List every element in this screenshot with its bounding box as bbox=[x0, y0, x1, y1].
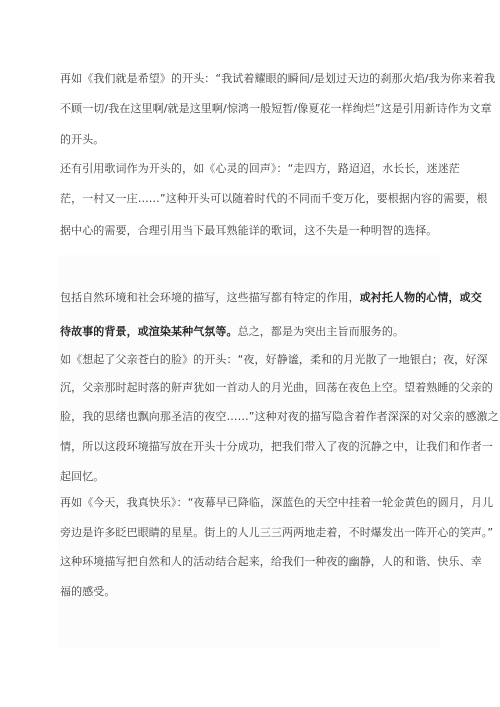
paragraph-line: 起回忆。 bbox=[60, 470, 460, 484]
paragraph-line: 据中心的需要，合理引用当下最耳熟能详的歌词，这不失是一种明智的选择。 bbox=[60, 224, 460, 238]
paragraph-line: 旁边是许多眨巴眼睛的星星。街上的人儿三三两两地走着，不时爆发出一阵开心的笑声。” bbox=[60, 526, 460, 540]
paragraph-line: 茫，一村又一庄……”这种开头可以随着时代的不同而千变万化，要根据内容的需要，根 bbox=[60, 192, 460, 206]
paragraph-line: 情，所以这段环境描写放在开头十分成功，把我们带入了夜的沉静之中，让我们和作者一 bbox=[60, 440, 460, 454]
paragraph-line: 的开头。 bbox=[60, 133, 460, 147]
paragraph-line: 不顾一切/我在这里啊/就是这里啊/惊鸿一般短暂/像夏花一样绚烂”这是引用新诗作为… bbox=[60, 102, 460, 116]
paragraph-line: 脸，我的思绪也飘向那圣洁的夜空……”这种对夜的描写隐含着作者深深的对父亲的感激之 bbox=[60, 410, 460, 424]
paragraph-line: 待故事的背景，或渲染某种气氛等。总之，都是为突出主旨而服务的。 bbox=[60, 325, 460, 339]
normal-text: 包括自然环境和社会环境的描写，这些描写都有特定的作用， bbox=[60, 291, 360, 304]
paragraph-line: 再如《我们就是希望》的开头：“我试着耀眼的瞬间/是划过天边的刹那火焰/我为你来着… bbox=[60, 72, 460, 86]
document-page: 再如《我们就是希望》的开头：“我试着耀眼的瞬间/是划过天边的刹那火焰/我为你来着… bbox=[0, 0, 500, 707]
paragraph-line: 这种环境描写把自然和人的活动结合起来，给我们一种夜的幽静，人的和谐、快乐、幸 bbox=[60, 555, 460, 569]
paragraph-line: 如《想起了父亲苍白的脸》的开头：“夜，好静谧，柔和的月光散了一地银白；夜，好深 bbox=[60, 353, 460, 367]
paragraph-line: 福的感受。 bbox=[60, 585, 460, 599]
paragraph-line: 包括自然环境和社会环境的描写，这些描写都有特定的作用，或衬托人物的心情，或交 bbox=[60, 291, 460, 305]
emphasized-text: 或衬托人物的心情，或交 bbox=[360, 291, 482, 304]
paragraph-line: 还有引用歌词作为开头的，如《心灵的回声》：“走四方，路迢迢，水长长，迷迷茫 bbox=[60, 162, 460, 176]
normal-text: 总之，都是为突出主旨而服务的。 bbox=[238, 325, 405, 338]
paragraph-line: 再如《今天，我真快乐》：“夜幕早已降临，深蓝色的天空中挂着一轮金黄色的圆月，月儿 bbox=[60, 496, 460, 510]
paragraph-line: 沉，父亲那时起时落的鼾声犹如一首动人的月光曲，回荡在夜色上空。望着熟睡的父亲的 bbox=[60, 381, 460, 395]
emphasized-text: 待故事的背景，或渲染某种气氛等。 bbox=[60, 325, 238, 338]
